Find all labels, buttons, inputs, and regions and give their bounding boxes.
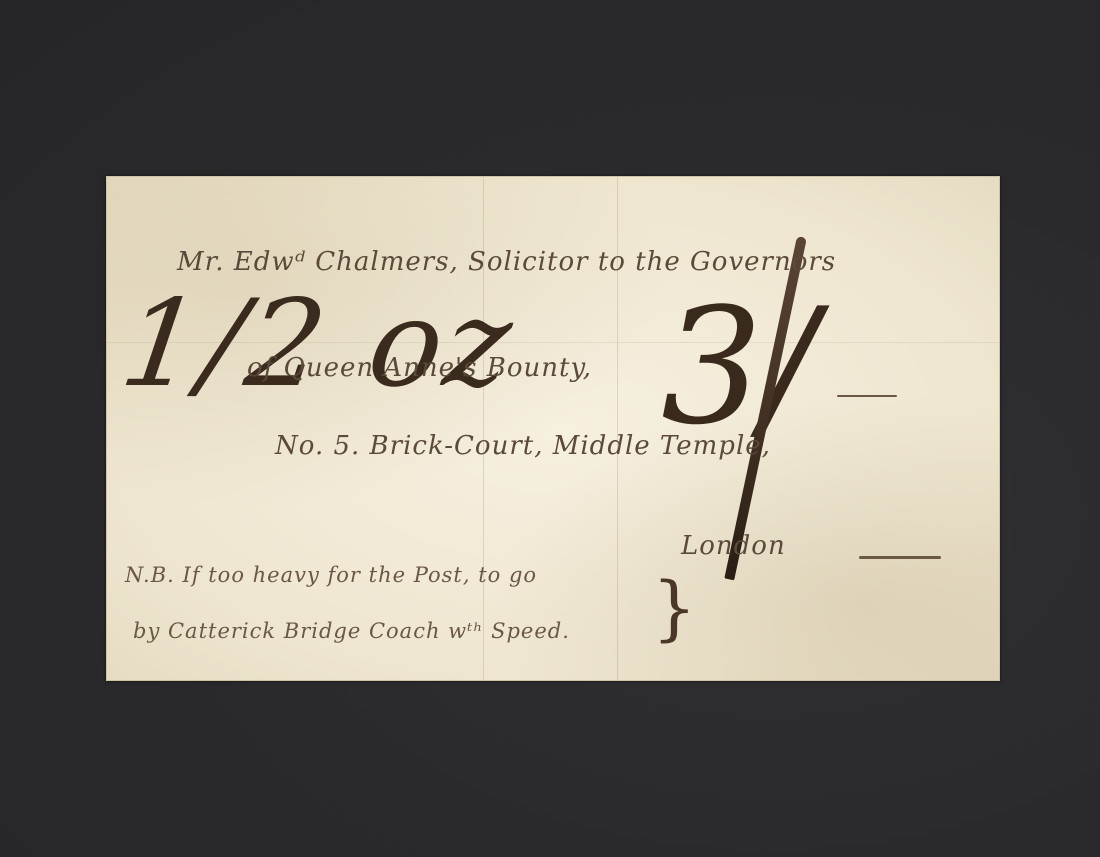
folded-letter: 1/2 oz 3/ Mr. Edwᵈ Chalmers, Solicitor t… xyxy=(106,176,1000,681)
address-line-office: of Queen Anne's Bounty, xyxy=(247,353,592,383)
address-line-city: London xyxy=(681,531,786,561)
note-brace: } xyxy=(652,567,697,649)
address-line-street: No. 5. Brick-Court, Middle Temple, xyxy=(275,431,771,461)
dash-stroke xyxy=(837,395,897,397)
rate-marking: 3/ xyxy=(661,287,817,447)
weight-marking: 1/2 oz xyxy=(115,285,523,405)
address-line-recipient: Mr. Edwᵈ Chalmers, Solicitor to the Gove… xyxy=(177,247,836,277)
note-line-1: N.B. If too heavy for the Post, to go xyxy=(125,563,537,587)
dash-after-city xyxy=(859,556,941,559)
note-line-2: by Catterick Bridge Coach wᵗʰ Speed. xyxy=(133,619,570,643)
